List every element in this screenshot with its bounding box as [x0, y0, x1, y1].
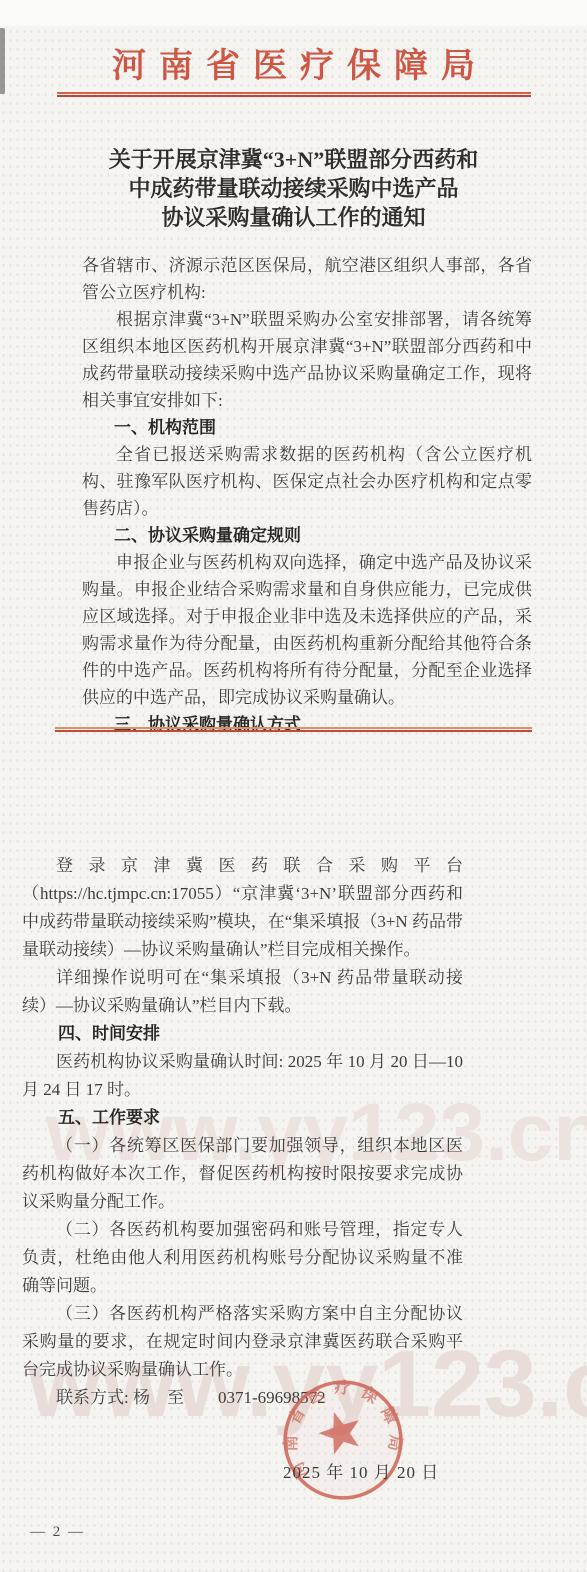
document-title-line-1: 关于开展京津冀“3+N”联盟部分西药和	[0, 145, 587, 174]
header-rule-bottom-line	[57, 95, 531, 97]
page2-body: 登录京津冀医药联合采购平台（https://hc.tjmpc.cn:17055）…	[22, 852, 463, 1412]
issue-date: 2025 年 10 月 20 日	[283, 1458, 439, 1483]
header-rule-top-line	[57, 92, 531, 94]
intro-paragraph: 根据京津冀“3+N”联盟采购办公室安排部署，请各统筹区组织本地区医药机构开展京津…	[82, 306, 532, 414]
section-4-body: 医药机构协议采购量确认时间: 2025 年 10 月 20 日—10 月 24 …	[22, 1048, 463, 1104]
section-2-body: 申报企业与医药机构双向选择，确定中选产品及协议采购量。申报企业结合采购需求量和自…	[82, 549, 532, 711]
document-title-line-2: 中成药带量联动接续采购中选产品	[0, 174, 587, 203]
page1-body: 各省辖市、济源示范区医保局，航空港区组织人事部，各省管公立医疗机构: 根据京津冀…	[82, 252, 532, 738]
document-title-line-3: 协议采购量确认工作的通知	[0, 203, 587, 232]
section-4-heading: 四、时间安排	[22, 1020, 463, 1048]
section-3-body-platform: 登录京津冀医药联合采购平台（https://hc.tjmpc.cn:17055）…	[22, 852, 463, 964]
scan-top-margin	[0, 0, 587, 26]
section-5-item-1: （一）各统筹区医保部门要加强领导，组织本地区医药机构做好本次工作，督促医药机构按…	[22, 1132, 463, 1216]
footer-rule-bottom-line	[55, 730, 532, 732]
footer-rule-top-line	[55, 727, 532, 729]
seal-graphic: 河南省医疗保障局	[277, 1374, 409, 1506]
header-double-rule	[57, 92, 531, 97]
page-number: — 2 —	[30, 1524, 85, 1541]
salutation: 各省辖市、济源示范区医保局，航空港区组织人事部，各省管公立医疗机构:	[82, 252, 532, 306]
section-5-item-2: （二）各医药机构要加强密码和账号管理，指定专人负责，杜绝由他人利用医药机构账号分…	[22, 1216, 463, 1300]
scanned-document: 河南省医疗保障局 关于开展京津冀“3+N”联盟部分西药和 中成药带量联动接续采购…	[0, 0, 587, 1572]
section-5-heading: 五、工作要求	[22, 1104, 463, 1132]
section-3-heading: 三、协议采购量确认方式	[82, 711, 532, 738]
section-2-heading: 二、协议采购量确定规则	[82, 522, 532, 549]
page1-footer-rule	[55, 727, 532, 732]
section-1-body: 全省已报送采购需求数据的医药机构（含公立医疗机构、驻豫军队医疗机构、医保定点社会…	[82, 441, 532, 522]
document-title: 关于开展京津冀“3+N”联盟部分西药和 中成药带量联动接续采购中选产品 协议采购…	[0, 145, 587, 232]
official-seal: 河南省医疗保障局	[277, 1374, 409, 1506]
section-5-item-3: （三）各医药机构严格落实采购方案中自主分配协议采购量的要求，在规定时间内登录京津…	[22, 1300, 463, 1384]
section-1-heading: 一、机构范围	[82, 414, 532, 441]
agency-name: 河南省医疗保障局	[0, 38, 587, 87]
section-3-body-manual: 详细操作说明可在“集采填报（3+N 药品带量联动接续）—协议采购量确认”栏目内下…	[22, 964, 463, 1020]
